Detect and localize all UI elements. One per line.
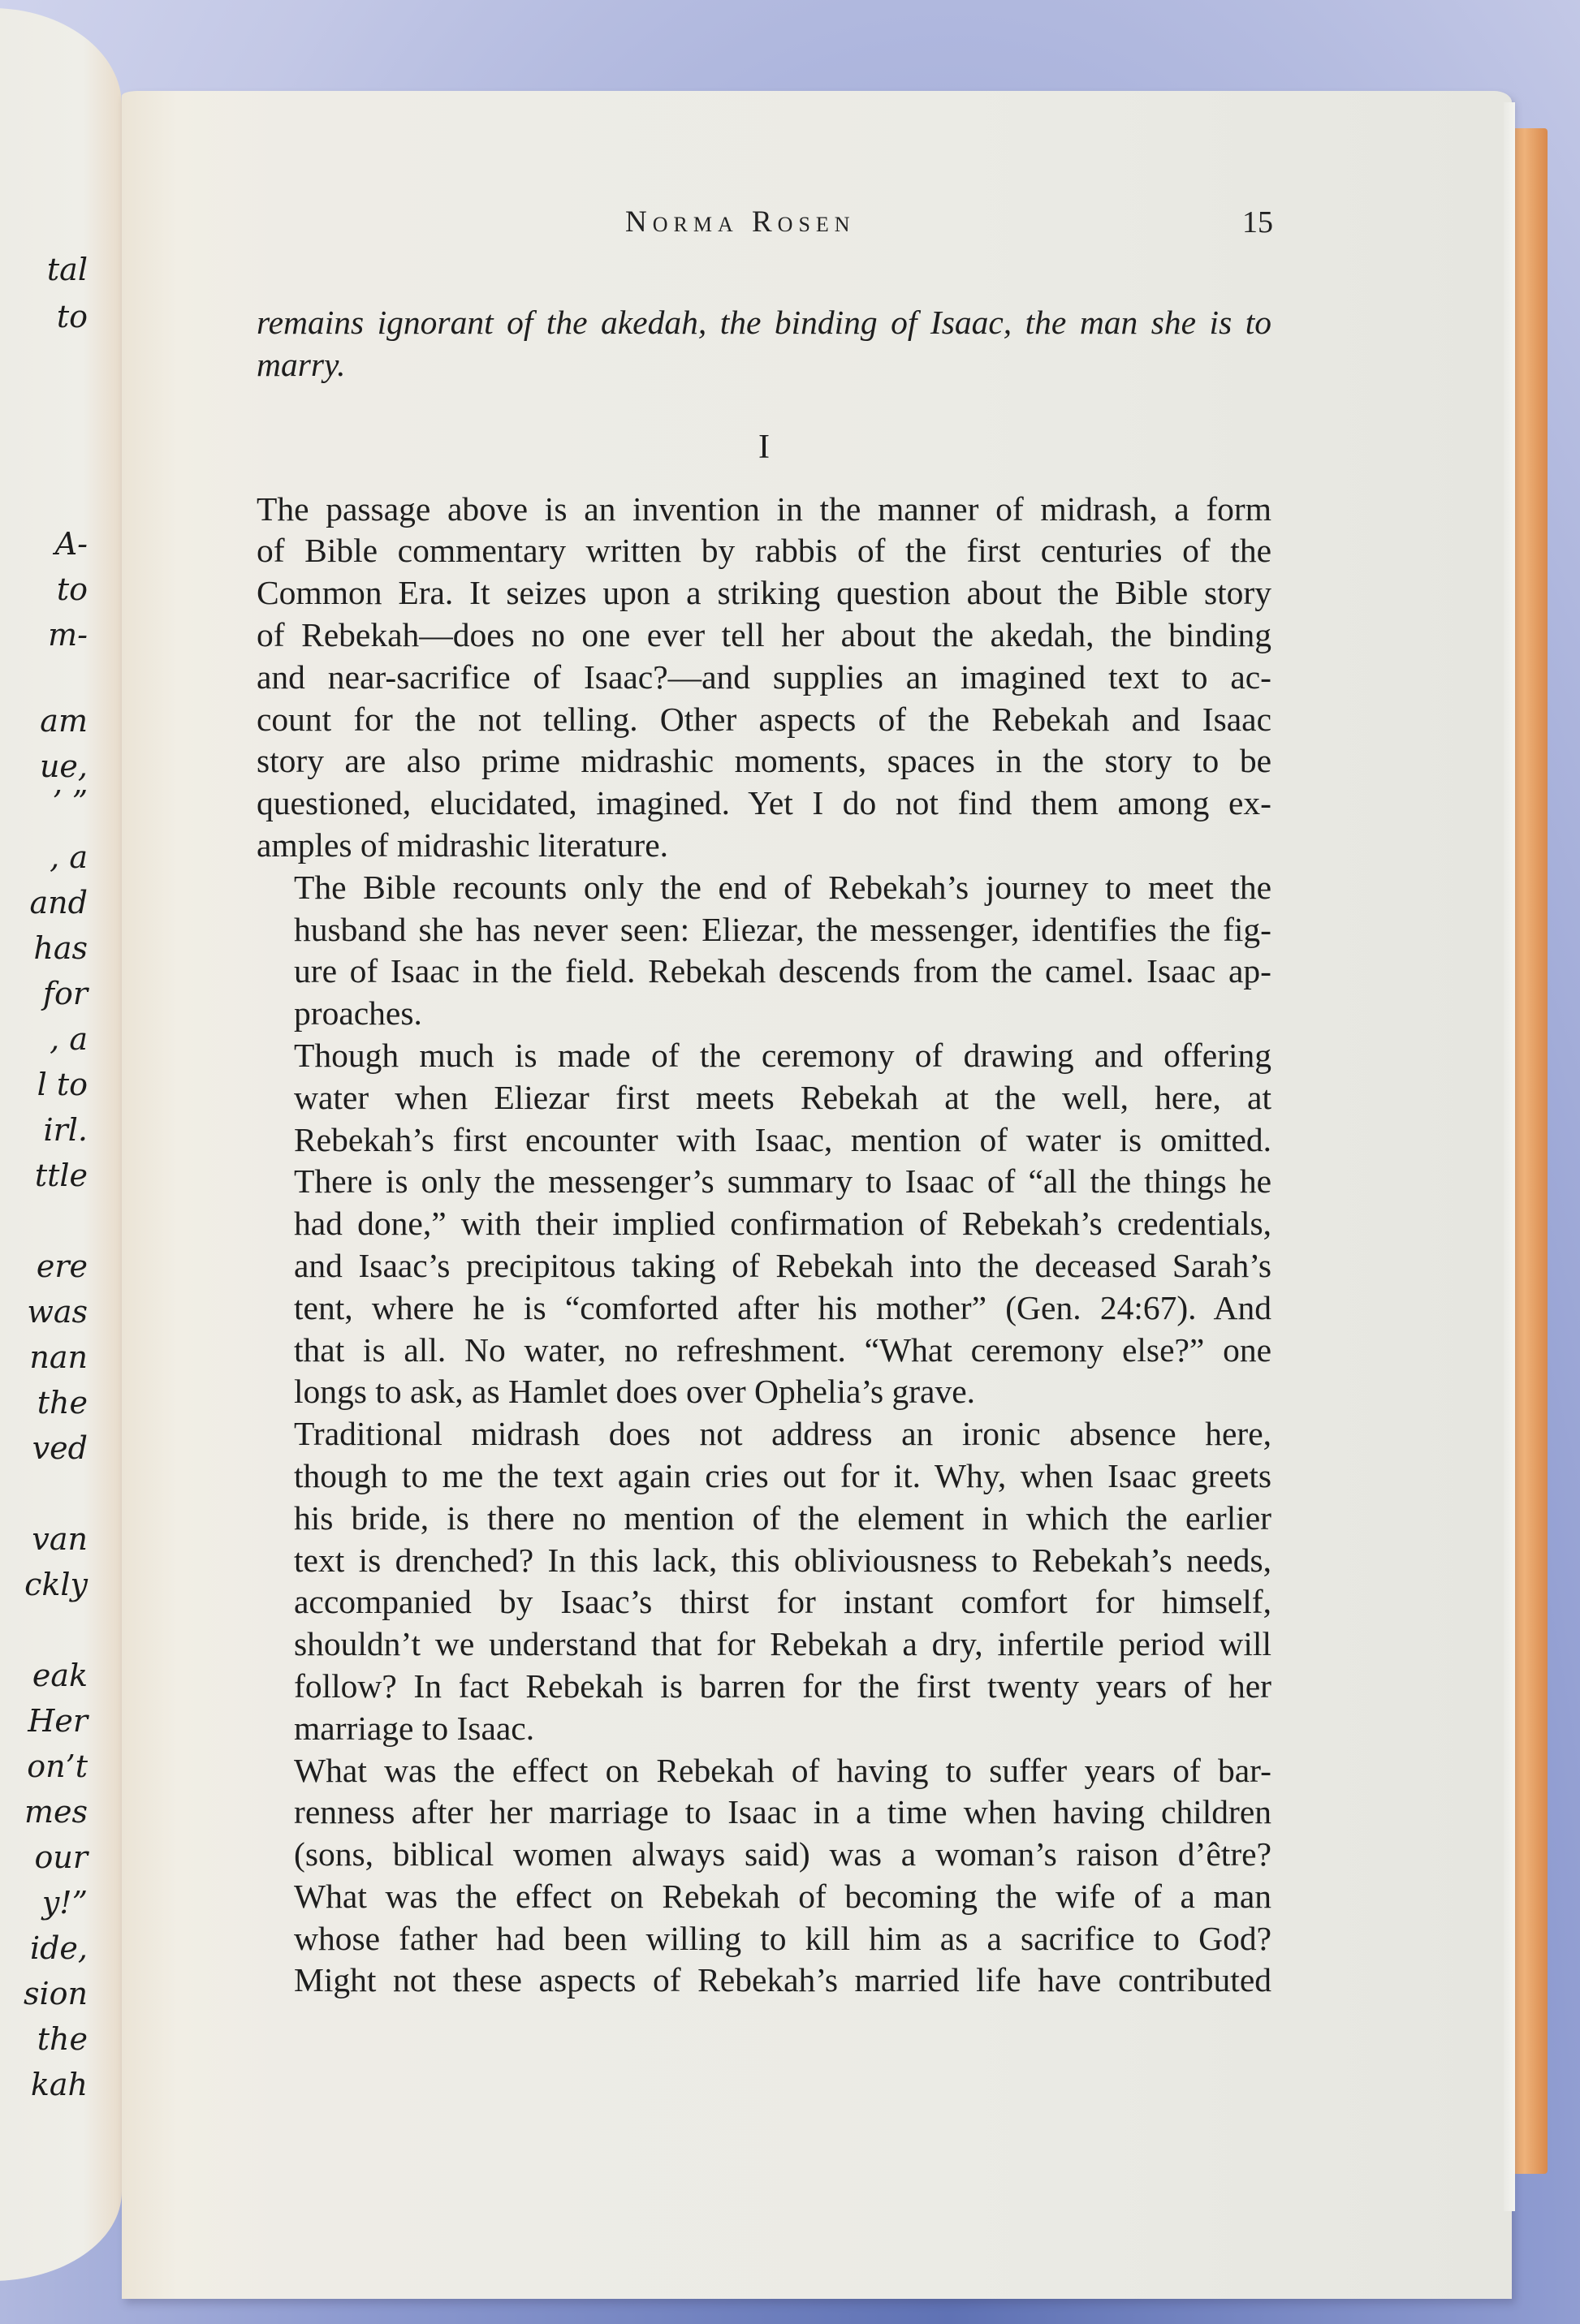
left-page-line-fragment: , a	[50, 839, 88, 875]
paragraph: What was the effect on Rebekah of having…	[257, 1750, 1271, 2003]
left-page-line-fragment: ckly	[24, 1567, 88, 1602]
text-line: though to me the text again cries out fo…	[257, 1455, 1271, 1498]
left-page-line-fragment: ’ ”	[52, 784, 88, 820]
left-page: taltoA-tom-amue,’ ”, aandhasfor, al toir…	[0, 8, 122, 2281]
left-page-line-fragment: on’t	[27, 1748, 88, 1784]
text-line: that is all. No water, no refreshment. “…	[257, 1330, 1271, 1372]
left-page-line-fragment: m-	[48, 617, 88, 653]
text-line: shouldn’t we understand that for Rebekah…	[257, 1623, 1271, 1666]
left-page-line-fragment: tal	[47, 252, 88, 287]
text-line: text is drenched? In this lack, this obl…	[257, 1540, 1271, 1582]
page-number: 15	[1242, 205, 1273, 240]
page-fore-edge	[1504, 102, 1515, 2211]
text-line: Though much is made of the ceremony of d…	[257, 1035, 1271, 1077]
left-page-text: taltoA-tom-amue,’ ”, aandhasfor, al toir…	[0, 8, 89, 2281]
text-line: whose father had been willing to kill hi…	[257, 1918, 1271, 1960]
text-line: renness after her marriage to Isaac in a…	[257, 1792, 1271, 1834]
left-page-line-fragment: y!”	[42, 1885, 88, 1921]
text-line: his bride, is there no mention of the el…	[257, 1498, 1271, 1540]
text-line: had done,” with their implied confirmati…	[257, 1203, 1271, 1245]
left-page-line-fragment: l to	[37, 1067, 88, 1102]
text-line: What was the effect on Rebekah of becomi…	[257, 1876, 1271, 1918]
text-line: Might not these aspects of Rebekah’s mar…	[257, 1960, 1271, 2002]
left-page-line-fragment: ved	[32, 1430, 88, 1466]
paragraph: Though much is made of the ceremony of d…	[257, 1035, 1271, 1413]
paragraph: The passage above is an invention in the…	[257, 489, 1271, 867]
left-page-line-fragment: ide,	[30, 1930, 88, 1966]
left-page-line-fragment: ere	[37, 1248, 88, 1284]
text-line: and Isaac’s precipitous taking of Rebeka…	[257, 1245, 1271, 1287]
lead-in-line: remains ignorant of the akedah, the bind…	[257, 302, 1271, 344]
text-line: proaches.	[257, 993, 1271, 1035]
text-line: What was the effect on Rebekah of having…	[257, 1750, 1271, 1792]
lead-in-line: marry.	[257, 344, 1271, 386]
left-page-line-fragment: and	[30, 885, 88, 921]
text-line: longs to ask, as Hamlet does over Opheli…	[257, 1371, 1271, 1413]
text-line: of Bible commentary written by rabbis of…	[257, 530, 1271, 572]
left-page-line-fragment: the	[37, 2021, 88, 2057]
left-page-line-fragment: kah	[31, 2067, 88, 2102]
left-page-line-fragment: A-	[55, 526, 88, 562]
left-page-line-fragment: Her	[28, 1703, 88, 1739]
left-page-line-fragment: mes	[24, 1794, 88, 1830]
text-line: Rebekah’s first encounter with Isaac, me…	[257, 1119, 1271, 1162]
text-line: count for the not telling. Other aspects…	[257, 699, 1271, 741]
text-line: amples of midrashic literature.	[257, 825, 1271, 867]
left-page-line-fragment: was	[27, 1294, 88, 1330]
text-line: and near-sacrifice of Isaac?—and supplie…	[257, 657, 1271, 699]
text-line: Common Era. It seizes upon a striking qu…	[257, 572, 1271, 614]
text-line: accompanied by Isaac’s thirst for instan…	[257, 1581, 1271, 1623]
text-line: of Rebekah—does no one ever tell her abo…	[257, 614, 1271, 657]
left-page-line-fragment: our	[34, 1839, 88, 1875]
left-page-line-fragment: ue,	[40, 748, 88, 784]
left-page-line-fragment: to	[57, 571, 88, 607]
left-page-line-fragment: irl.	[43, 1112, 88, 1148]
paragraphs: The passage above is an invention in the…	[257, 489, 1271, 2003]
text-line: water when Eliezar first meets Rebekah a…	[257, 1077, 1271, 1119]
left-page-line-fragment: nan	[29, 1339, 88, 1375]
running-head: Norma Rosen	[625, 205, 856, 239]
text-line: Traditional midrash does not address an …	[257, 1413, 1271, 1455]
left-page-line-fragment: , a	[50, 1021, 88, 1057]
text-line: tent, where he is “comforted after his m…	[257, 1287, 1271, 1330]
paragraph: Traditional midrash does not address an …	[257, 1413, 1271, 1749]
text-line: questioned, elucidated, imagined. Yet I …	[257, 783, 1271, 825]
text-line: ure of Isaac in the field. Rebekah desce…	[257, 951, 1271, 993]
section-number: I	[257, 427, 1271, 468]
text-line: follow? In fact Rebekah is barren for th…	[257, 1666, 1271, 1708]
page-body: remains ignorant of the akedah, the bind…	[257, 302, 1271, 2002]
text-line: story are also prime midrashic moments, …	[257, 740, 1271, 783]
text-line: (sons, biblical women always said) was a…	[257, 1834, 1271, 1876]
text-line: The Bible recounts only the end of Rebek…	[257, 867, 1271, 909]
text-line: husband she has never seen: Eliezar, the…	[257, 909, 1271, 951]
paragraph: The Bible recounts only the end of Rebek…	[257, 867, 1271, 1035]
left-page-line-fragment: eak	[32, 1658, 88, 1693]
left-page-line-fragment: ttle	[35, 1158, 88, 1193]
left-page-line-fragment: van	[32, 1521, 88, 1557]
left-page-line-fragment: sion	[24, 1976, 88, 2011]
lead-in-passage: remains ignorant of the akedah, the bind…	[257, 302, 1271, 386]
left-page-line-fragment: to	[57, 299, 88, 334]
left-page-line-fragment: has	[33, 930, 88, 966]
left-page-line-fragment: am	[40, 703, 88, 739]
text-line: There is only the messenger’s summary to…	[257, 1161, 1271, 1203]
text-line: The passage above is an invention in the…	[257, 489, 1271, 531]
left-page-line-fragment: the	[37, 1385, 88, 1421]
page-header: Norma Rosen 15	[258, 205, 1273, 253]
left-page-line-fragment: for	[43, 976, 88, 1011]
text-line: marriage to Isaac.	[257, 1708, 1271, 1750]
